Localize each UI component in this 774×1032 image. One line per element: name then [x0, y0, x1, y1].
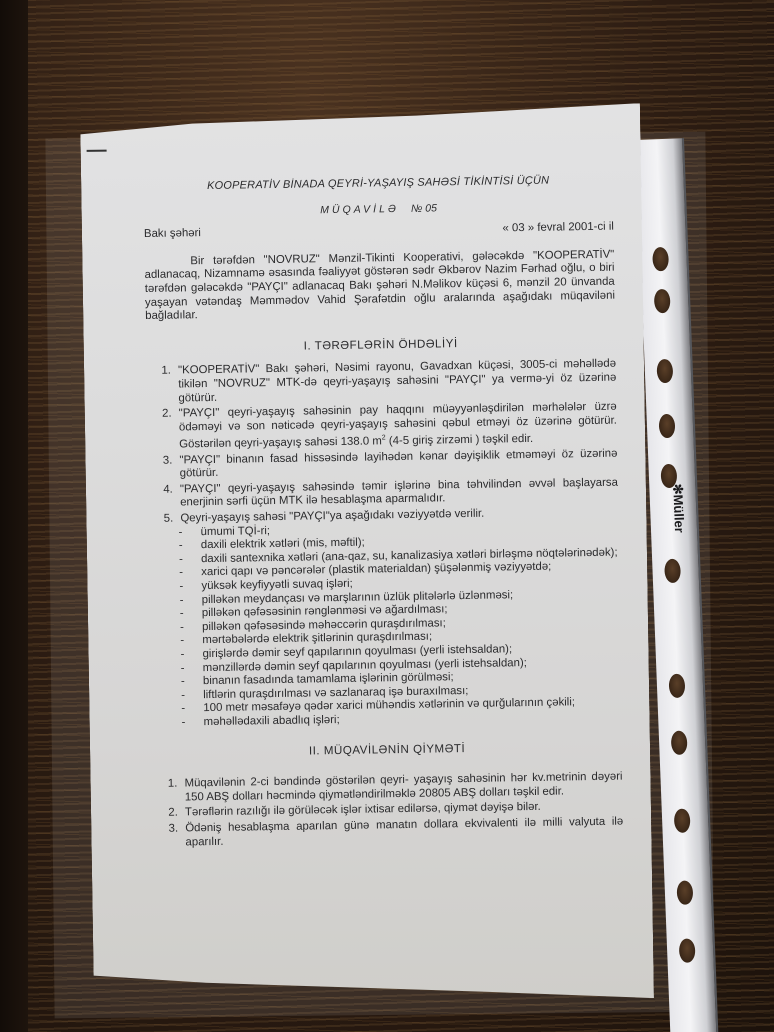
punch-hole-icon — [664, 559, 681, 584]
section-2: II. MÜQAVİLƏNİN QİYMƏTİ Müqavilənin 2-ci… — [152, 739, 624, 850]
section-2-heading: II. MÜQAVİLƏNİN QİYMƏTİ — [152, 739, 622, 760]
clause: Qeyri-yaşayış sahəsi "PAYÇI"ya aşağıdakı… — [176, 506, 621, 730]
clause: Müqavilənin 2-ci bəndində göstərilən qey… — [180, 771, 622, 805]
pen-mark — [87, 150, 107, 152]
punch-hole-icon — [659, 414, 676, 439]
clause: "PAYÇI" binanın fasad hissəsində layihəd… — [175, 447, 617, 481]
punch-hole-icon — [654, 289, 671, 314]
contract-number: № 05 — [411, 202, 437, 214]
section-1-clauses: "KOOPERATİV" Bakı şəhəri, Nəsimi rayonu,… — [146, 358, 622, 731]
clause: "PAYÇI" qeyri-yaşayış sahəsində təmir iş… — [176, 476, 618, 510]
punch-hole-icon — [669, 674, 686, 699]
punch-hole-icon — [676, 880, 693, 905]
place-date-row: Bakı şəhəri « 03 » fevral 2001-ci il — [144, 221, 614, 242]
clause: Ödəniş hesablaşma aparılan günə manatın … — [181, 816, 623, 850]
table-edge — [0, 0, 28, 1032]
punch-hole-icon — [656, 359, 673, 384]
punch-hole-icon — [674, 808, 691, 833]
punch-hole-icon — [679, 938, 696, 963]
section-2-clauses: Müqavilənin 2-ci bəndində göstərilən qey… — [152, 771, 623, 850]
clause: "KOOPERATİV" Bakı şəhəri, Nəsimi rayonu,… — [174, 358, 617, 406]
intro-paragraph: Bir tərəfdən "NOVRUZ" Mənzil-Tikinti Koo… — [144, 248, 615, 323]
contract-date: « 03 » fevral 2001-ci il — [502, 221, 614, 236]
delivery-condition-list: ümumi TQİ-ri; daxili elektrik xətləri (m… — [181, 519, 622, 730]
section-1-heading: I. TƏRƏFLƏRİN ÖHDƏLİYİ — [146, 334, 616, 355]
clause: "PAYÇI" qeyri-yaşayış sahəsinin pay haqq… — [175, 401, 618, 453]
document-body: KOOPERATİV BİNADA QEYRİ-YAŞAYIŞ SAHƏSİ T… — [143, 174, 623, 852]
punch-hole-icon — [652, 247, 669, 272]
contract-label: MÜQAVİLƏ — [320, 203, 399, 216]
contract-place: Bakı şəhəri — [144, 227, 201, 241]
sleeve-brand-logo: ✻Müller — [669, 483, 687, 533]
punch-hole-icon — [671, 730, 688, 755]
contract-page: KOOPERATİV BİNADA QEYRİ-YAŞAYIŞ SAHƏSİ T… — [80, 103, 654, 1007]
document-subtitle: MÜQAVİLƏ № 05 — [143, 199, 613, 220]
area-statement: Göstərilən qeyri-yaşayış sahəsi 138.0 m2… — [179, 433, 533, 451]
document-title: KOOPERATİV BİNADA QEYRİ-YAŞAYIŞ SAHƏSİ T… — [143, 174, 613, 195]
